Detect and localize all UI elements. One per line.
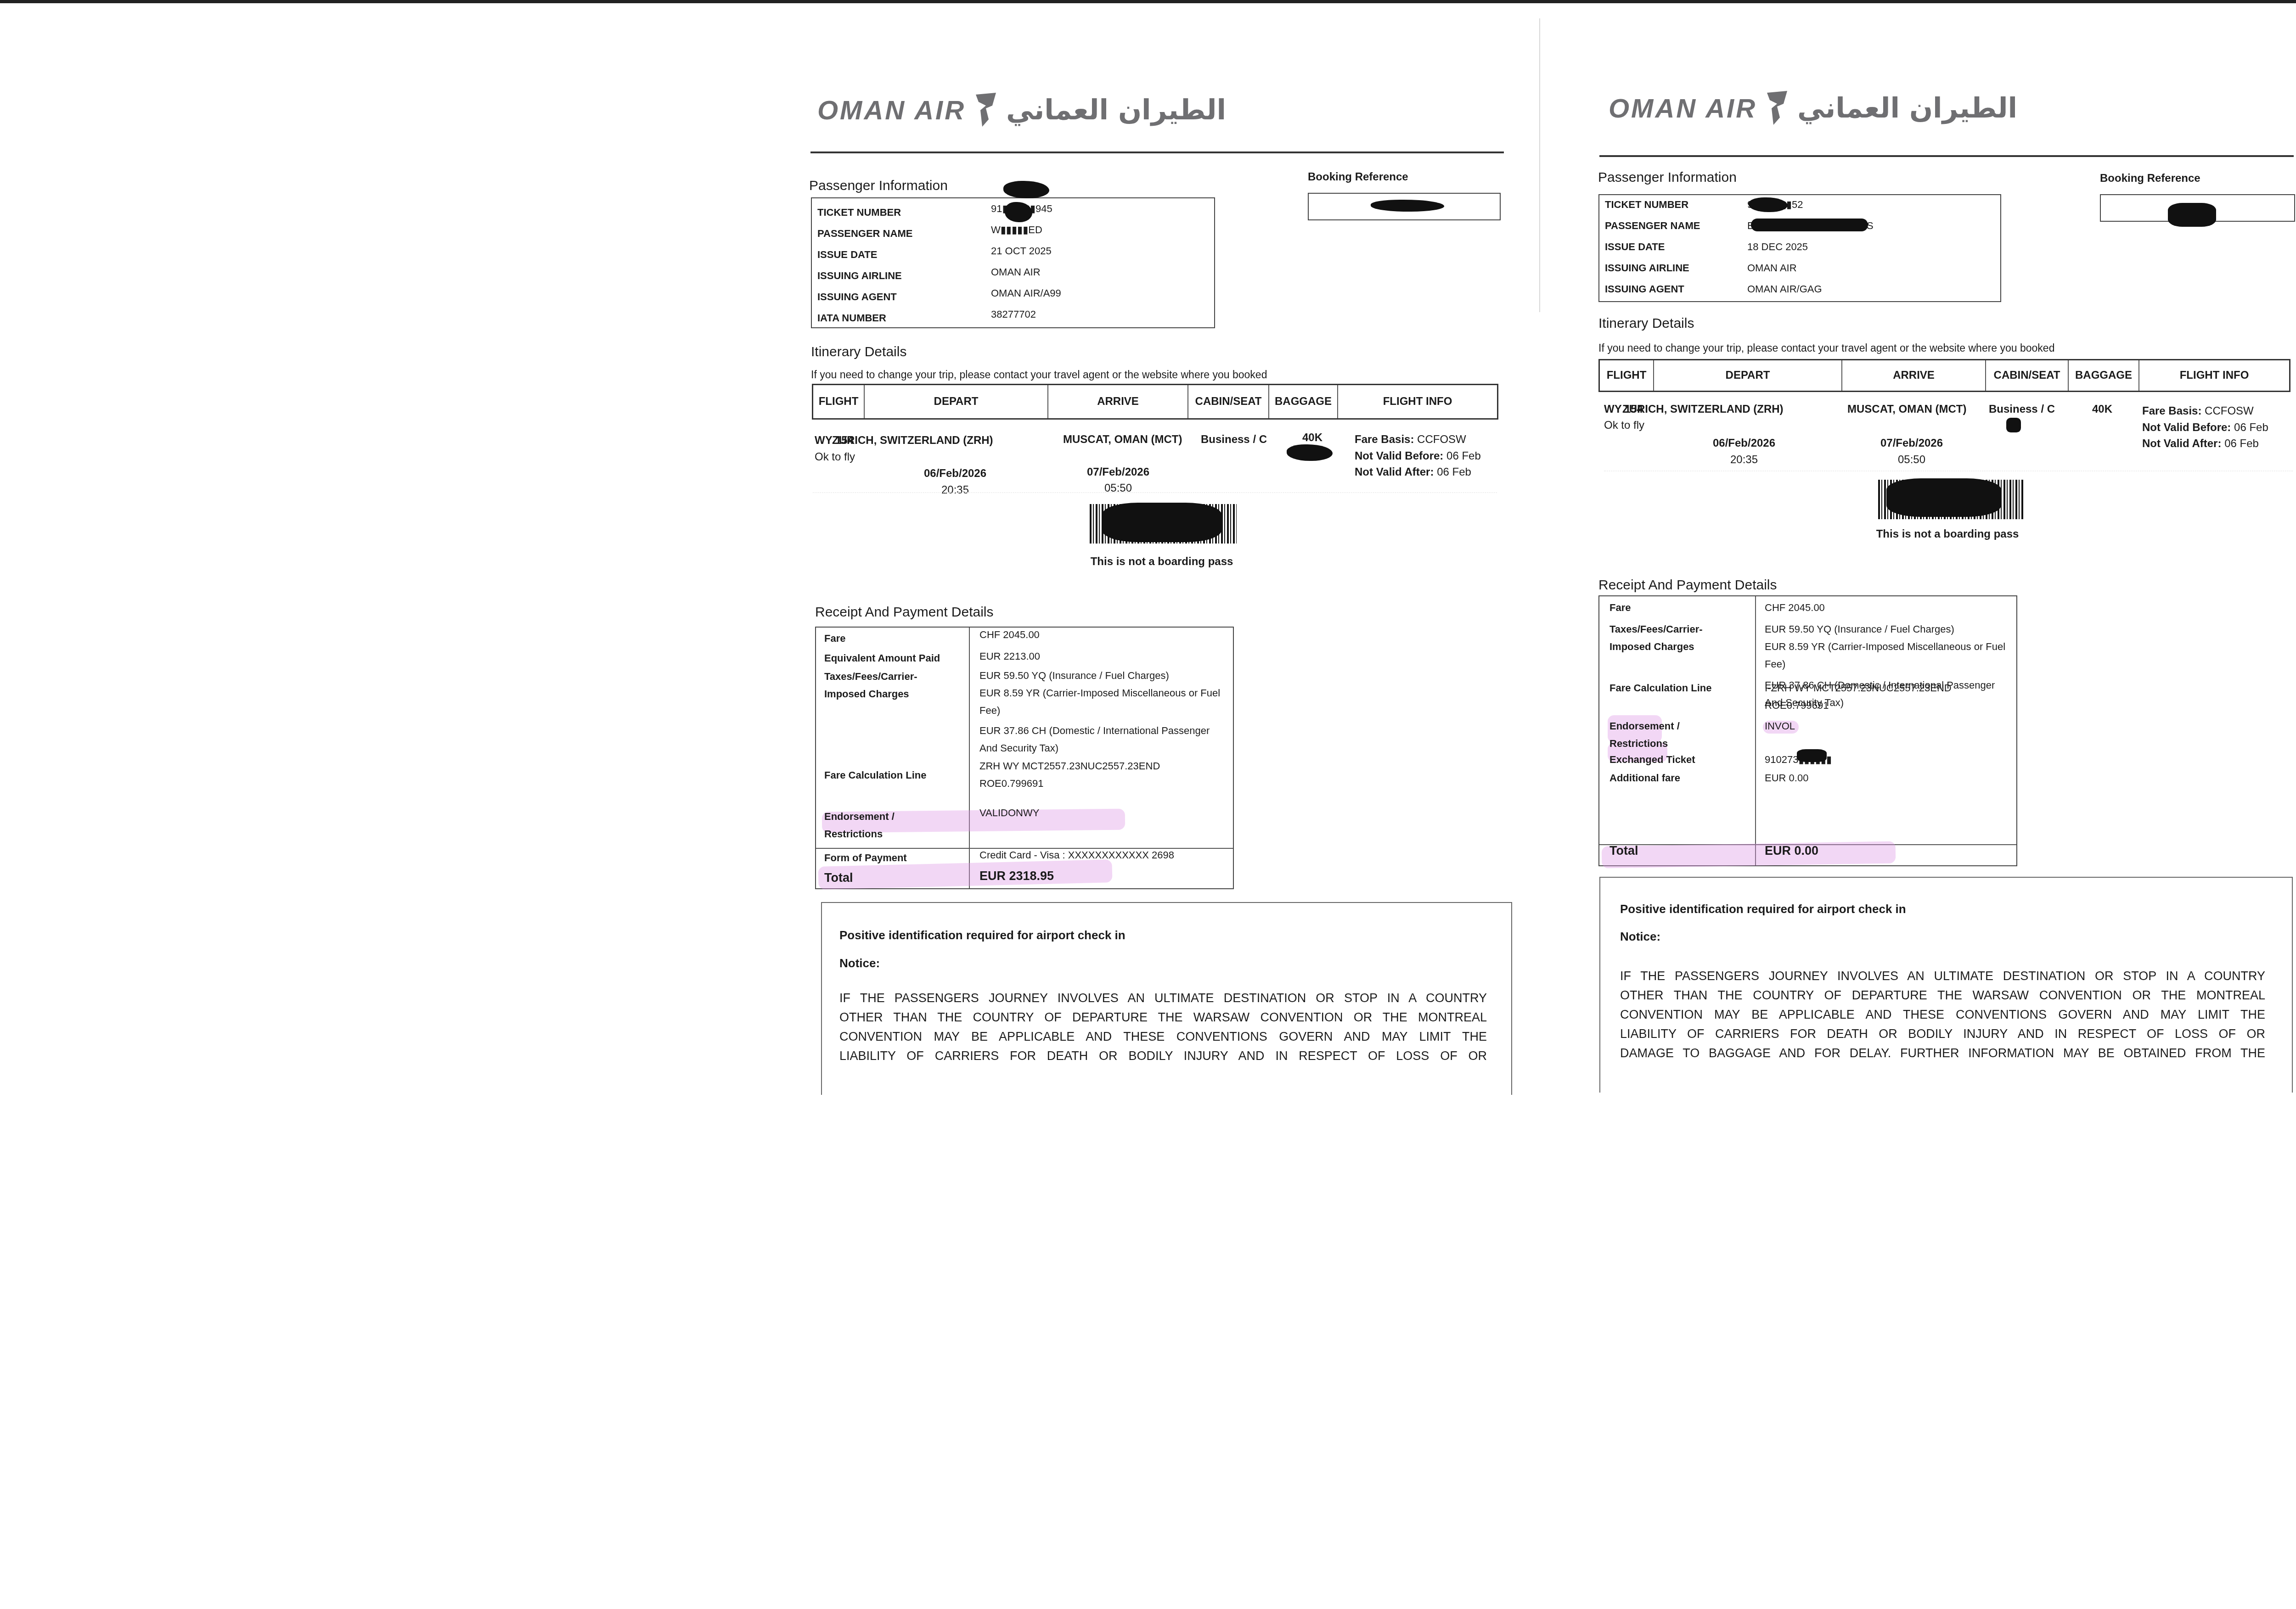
tax-yr: EUR 8.59 YR (Carrier-Imposed Miscellaneo… xyxy=(1765,638,2013,673)
redaction-mark xyxy=(1751,219,1868,231)
depart-place: ZURICH, SWITZERLAND (ZRH) xyxy=(832,434,997,447)
itinerary-title: Itinerary Details xyxy=(811,344,906,360)
fare-calc-value: ZRH WY MCT2557.23NUC2557.23END ROE0.7996… xyxy=(979,757,1209,792)
not-boarding-pass-caption: This is not a boarding pass xyxy=(1872,528,2023,541)
not-valid-after-value: 06 Feb xyxy=(2224,437,2259,450)
not-valid-after-label: Not Valid After: xyxy=(1355,466,1434,478)
cabin-class: Business / C xyxy=(1989,403,2055,416)
additional-fare-label: Additional fare xyxy=(1609,769,1747,787)
value-issuing-airline: OMAN AIR xyxy=(991,266,1041,278)
ticket-2: OMAN AIR الطيران العماني Passenger Infor… xyxy=(1599,0,2296,1102)
divider xyxy=(813,492,1497,493)
label-issuing-airline: ISSUING AIRLINE xyxy=(1605,262,1689,274)
arrive-date: 07/Feb/2026 xyxy=(1838,437,1985,450)
fare-basis: Fare Basis: CCFOSW xyxy=(2142,405,2254,418)
tax-yr: EUR 8.59 YR (Carrier-Imposed Miscellaneo… xyxy=(979,684,1227,719)
notice-line: LIABILITY OF CARRIERS FOR DEATH OR BODIL… xyxy=(1620,1024,2265,1043)
equivalent-value: EUR 2213.00 xyxy=(979,648,1040,665)
depart-date: 06/Feb/2026 xyxy=(863,467,1047,480)
value-passenger-name: W▮▮▮▮▮ED xyxy=(991,224,1042,236)
notice-body: IF THE PASSENGERS JOURNEY INVOLVES AN UL… xyxy=(1620,966,2265,1063)
total-label: Total xyxy=(824,869,962,886)
fare-value: CHF 2045.00 xyxy=(979,626,1040,644)
not-valid-before-label: Not Valid Before: xyxy=(1355,450,1443,462)
fare-calc-value: I-ZRH WY MCT2557.23NUC2557.23END ROE0.79… xyxy=(1765,679,1994,714)
col-depart: DEPART xyxy=(1654,360,1842,391)
baggage-allowance: 40K xyxy=(1302,432,1322,444)
additional-fare-value: EUR 0.00 xyxy=(1765,769,1808,787)
redaction-mark xyxy=(1886,478,2001,517)
notice-line: LIABILITY OF CARRIERS FOR DEATH OR BODIL… xyxy=(839,1046,1487,1065)
divider xyxy=(1604,471,2293,472)
logo-text-ar: الطيران العماني xyxy=(1006,94,1226,126)
taxes-label: Taxes/Fees/Carrier-Imposed Charges xyxy=(1609,621,1720,656)
id-required-text: Positive identification required for air… xyxy=(1620,902,1906,916)
col-cabin-seat: CABIN/SEAT xyxy=(1188,385,1269,418)
col-flight-info: FLIGHT INFO xyxy=(2139,360,2289,391)
itinerary-note: If you need to change your trip, please … xyxy=(811,369,1267,381)
column-divider xyxy=(1755,596,1756,865)
arrive-date: 07/Feb/2026 xyxy=(1049,466,1187,479)
receipt-title: Receipt And Payment Details xyxy=(815,605,994,620)
fare-value: CHF 2045.00 xyxy=(1765,599,1825,617)
col-flight: FLIGHT xyxy=(813,385,865,418)
fare-basis: Fare Basis: CCFOSW xyxy=(1355,433,1466,446)
flight-status: Ok to fly xyxy=(1604,419,1644,432)
tax-yq: EUR 59.50 YQ (Insurance / Fuel Charges) xyxy=(1765,621,1954,638)
redaction-mark xyxy=(2006,418,2021,432)
itinerary-title: Itinerary Details xyxy=(1598,316,1694,331)
label-issue-date: ISSUE DATE xyxy=(817,249,877,261)
label-ticket-number: TICKET NUMBER xyxy=(1605,199,1688,211)
redaction-mark xyxy=(1371,200,1444,212)
notice-heading: Notice: xyxy=(839,956,880,970)
id-required-text: Positive identification required for air… xyxy=(839,928,1125,942)
total-value: EUR 0.00 xyxy=(1765,842,1818,859)
not-valid-before: Not Valid Before: 06 Feb xyxy=(1355,450,1481,463)
endorsement-value: VALIDONWY xyxy=(979,804,1039,822)
not-valid-after-label: Not Valid After: xyxy=(2142,437,2221,450)
booking-reference-label: Booking Reference xyxy=(2100,172,2200,185)
passenger-info-title: Passenger Information xyxy=(1598,170,1737,185)
col-baggage: BAGGAGE xyxy=(2069,360,2139,391)
logo-text-en: OMAN AIR xyxy=(817,95,966,126)
passenger-info-title: Passenger Information xyxy=(809,178,948,194)
col-arrive: ARRIVE xyxy=(1048,385,1188,418)
header-rule xyxy=(1599,155,2294,157)
baggage-allowance: 40K xyxy=(2092,403,2112,416)
label-issuing-agent: ISSUING AGENT xyxy=(817,291,897,303)
col-cabin-seat: CABIN/SEAT xyxy=(1986,360,2069,391)
depart-time: 20:35 xyxy=(863,484,1047,497)
logo-text-en: OMAN AIR xyxy=(1609,93,1757,124)
depart-time: 20:35 xyxy=(1652,454,1836,466)
label-issue-date: ISSUE DATE xyxy=(1605,241,1665,253)
receipt-title: Receipt And Payment Details xyxy=(1598,577,1777,593)
not-valid-after: Not Valid After: 06 Feb xyxy=(2142,437,2259,450)
fare-basis-value: CCFOSW xyxy=(1417,433,1466,446)
not-valid-before-value: 06 Feb xyxy=(1446,450,1481,462)
booking-reference-label: Booking Reference xyxy=(1308,171,1408,184)
itinerary-header: FLIGHT DEPART ARRIVE CABIN/SEAT BAGGAGE … xyxy=(1598,359,2290,392)
value-issuing-airline: OMAN AIR xyxy=(1747,262,1797,274)
header-rule xyxy=(810,151,1504,153)
itinerary-header: FLIGHT DEPART ARRIVE CABIN/SEAT BAGGAGE … xyxy=(812,384,1498,420)
not-valid-before-value: 06 Feb xyxy=(2234,421,2268,434)
notice-heading: Notice: xyxy=(1620,930,1660,944)
col-arrive: ARRIVE xyxy=(1842,360,1986,391)
label-issuing-agent: ISSUING AGENT xyxy=(1605,283,1684,295)
notice-line: IF THE PASSENGERS JOURNEY INVOLVES AN UL… xyxy=(839,988,1487,1008)
not-valid-after: Not Valid After: 06 Feb xyxy=(1355,466,1471,479)
fare-calc-label: Fare Calculation Line xyxy=(1609,679,1747,697)
col-baggage: BAGGAGE xyxy=(1269,385,1338,418)
fare-basis-label: Fare Basis: xyxy=(2142,405,2201,417)
label-passenger-name: PASSENGER NAME xyxy=(1605,220,1700,232)
value-issuing-agent: OMAN AIR/A99 xyxy=(991,287,1061,299)
value-issue-date: 18 DEC 2025 xyxy=(1747,241,1808,253)
notice-body: IF THE PASSENGERS JOURNEY INVOLVES AN UL… xyxy=(839,988,1487,1065)
tax-yq: EUR 59.50 YQ (Insurance / Fuel Charges) xyxy=(979,667,1169,684)
redaction-mark xyxy=(1749,197,1788,212)
depart-date: 06/Feb/2026 xyxy=(1652,437,1836,450)
label-iata-number: IATA NUMBER xyxy=(817,312,886,324)
khanjar-emblem-icon xyxy=(972,92,1000,129)
notice-line: OTHER THAN THE COUNTRY OF DEPARTURE THE … xyxy=(1620,986,2265,1005)
notice-line: DAMAGE TO BAGGAGE AND FOR DELAY. FURTHER… xyxy=(1620,1043,2265,1063)
redaction-mark xyxy=(2168,203,2216,227)
endorsement-label: Endorsement / Restrictions xyxy=(1609,718,1701,752)
label-passenger-name: PASSENGER NAME xyxy=(817,228,912,240)
notice-line: OTHER THAN THE COUNTRY OF DEPARTURE THE … xyxy=(839,1008,1487,1027)
fare-label: Fare xyxy=(1609,599,1747,617)
redaction-mark xyxy=(1005,202,1032,222)
fare-basis-value: CCFOSW xyxy=(2205,405,2254,417)
label-issuing-airline: ISSUING AIRLINE xyxy=(817,270,902,282)
endorsement-label: Endorsement / Restrictions xyxy=(824,808,916,843)
total-label: Total xyxy=(1609,842,1747,859)
cabin-class: Business / C xyxy=(1201,433,1267,446)
not-boarding-pass-caption: This is not a boarding pass xyxy=(1084,555,1240,568)
payment-value: Credit Card - Visa : XXXXXXXXXXXX 2698 xyxy=(979,847,1174,864)
oman-air-logo: OMAN AIR الطيران العماني xyxy=(1609,90,2017,127)
notice-line: CONVENTION MAY BE APPLICABLE AND THESE C… xyxy=(1620,1005,2265,1024)
not-valid-before-label: Not Valid Before: xyxy=(2142,421,2231,434)
total-value: EUR 2318.95 xyxy=(979,867,1054,885)
col-depart: DEPART xyxy=(865,385,1048,418)
page-divider xyxy=(1539,18,1540,312)
logo-text-ar: الطيران العماني xyxy=(1797,92,2017,124)
arrive-time: 05:50 xyxy=(1838,454,1985,466)
not-valid-before: Not Valid Before: 06 Feb xyxy=(2142,421,2268,434)
value-issuing-agent: OMAN AIR/GAG xyxy=(1747,283,1822,295)
exchanged-ticket-label: Exchanged Ticket xyxy=(1609,751,1729,768)
fare-basis-label: Fare Basis: xyxy=(1355,433,1414,446)
column-divider xyxy=(969,628,970,888)
label-ticket-number: TICKET NUMBER xyxy=(817,207,901,219)
itinerary-note: If you need to change your trip, please … xyxy=(1598,342,2054,354)
depart-place: ZURICH, SWITZERLAND (ZRH) xyxy=(1622,403,1784,416)
fare-label: Fare xyxy=(824,630,962,647)
redaction-mark xyxy=(1287,444,1333,461)
redaction-mark xyxy=(1003,181,1049,198)
notice-line: IF THE PASSENGERS JOURNEY INVOLVES AN UL… xyxy=(1620,966,2265,986)
redaction-mark xyxy=(1797,749,1827,762)
redaction-mark xyxy=(1102,503,1221,542)
flight-status: Ok to fly xyxy=(815,451,855,464)
value-iata-number: 38277702 xyxy=(991,308,1036,320)
oman-air-logo: OMAN AIR الطيران العماني xyxy=(817,92,1226,129)
not-valid-after-value: 06 Feb xyxy=(1437,466,1471,478)
fare-calc-label: Fare Calculation Line xyxy=(824,767,962,784)
khanjar-emblem-icon xyxy=(1763,90,1791,127)
col-flight-info: FLIGHT INFO xyxy=(1338,385,1497,418)
arrive-place: MUSCAT, OMAN (MCT) xyxy=(1847,403,1967,416)
payment-label: Form of Payment xyxy=(824,849,962,867)
notice-line: CONVENTION MAY BE APPLICABLE AND THESE C… xyxy=(839,1027,1487,1046)
taxes-label: Taxes/Fees/Carrier-Imposed Charges xyxy=(824,668,934,703)
endorsement-value: INVOL xyxy=(1765,718,1795,735)
col-flight: FLIGHT xyxy=(1600,360,1654,391)
arrive-place: MUSCAT, OMAN (MCT) xyxy=(1063,433,1182,446)
tax-ch: EUR 37.86 CH (Domestic / International P… xyxy=(979,722,1218,757)
ticket-1: OMAN AIR الطيران العماني Passenger Infor… xyxy=(808,0,1525,1102)
value-issue-date: 21 OCT 2025 xyxy=(991,245,1052,257)
equivalent-label: Equivalent Amount Paid xyxy=(824,650,962,667)
